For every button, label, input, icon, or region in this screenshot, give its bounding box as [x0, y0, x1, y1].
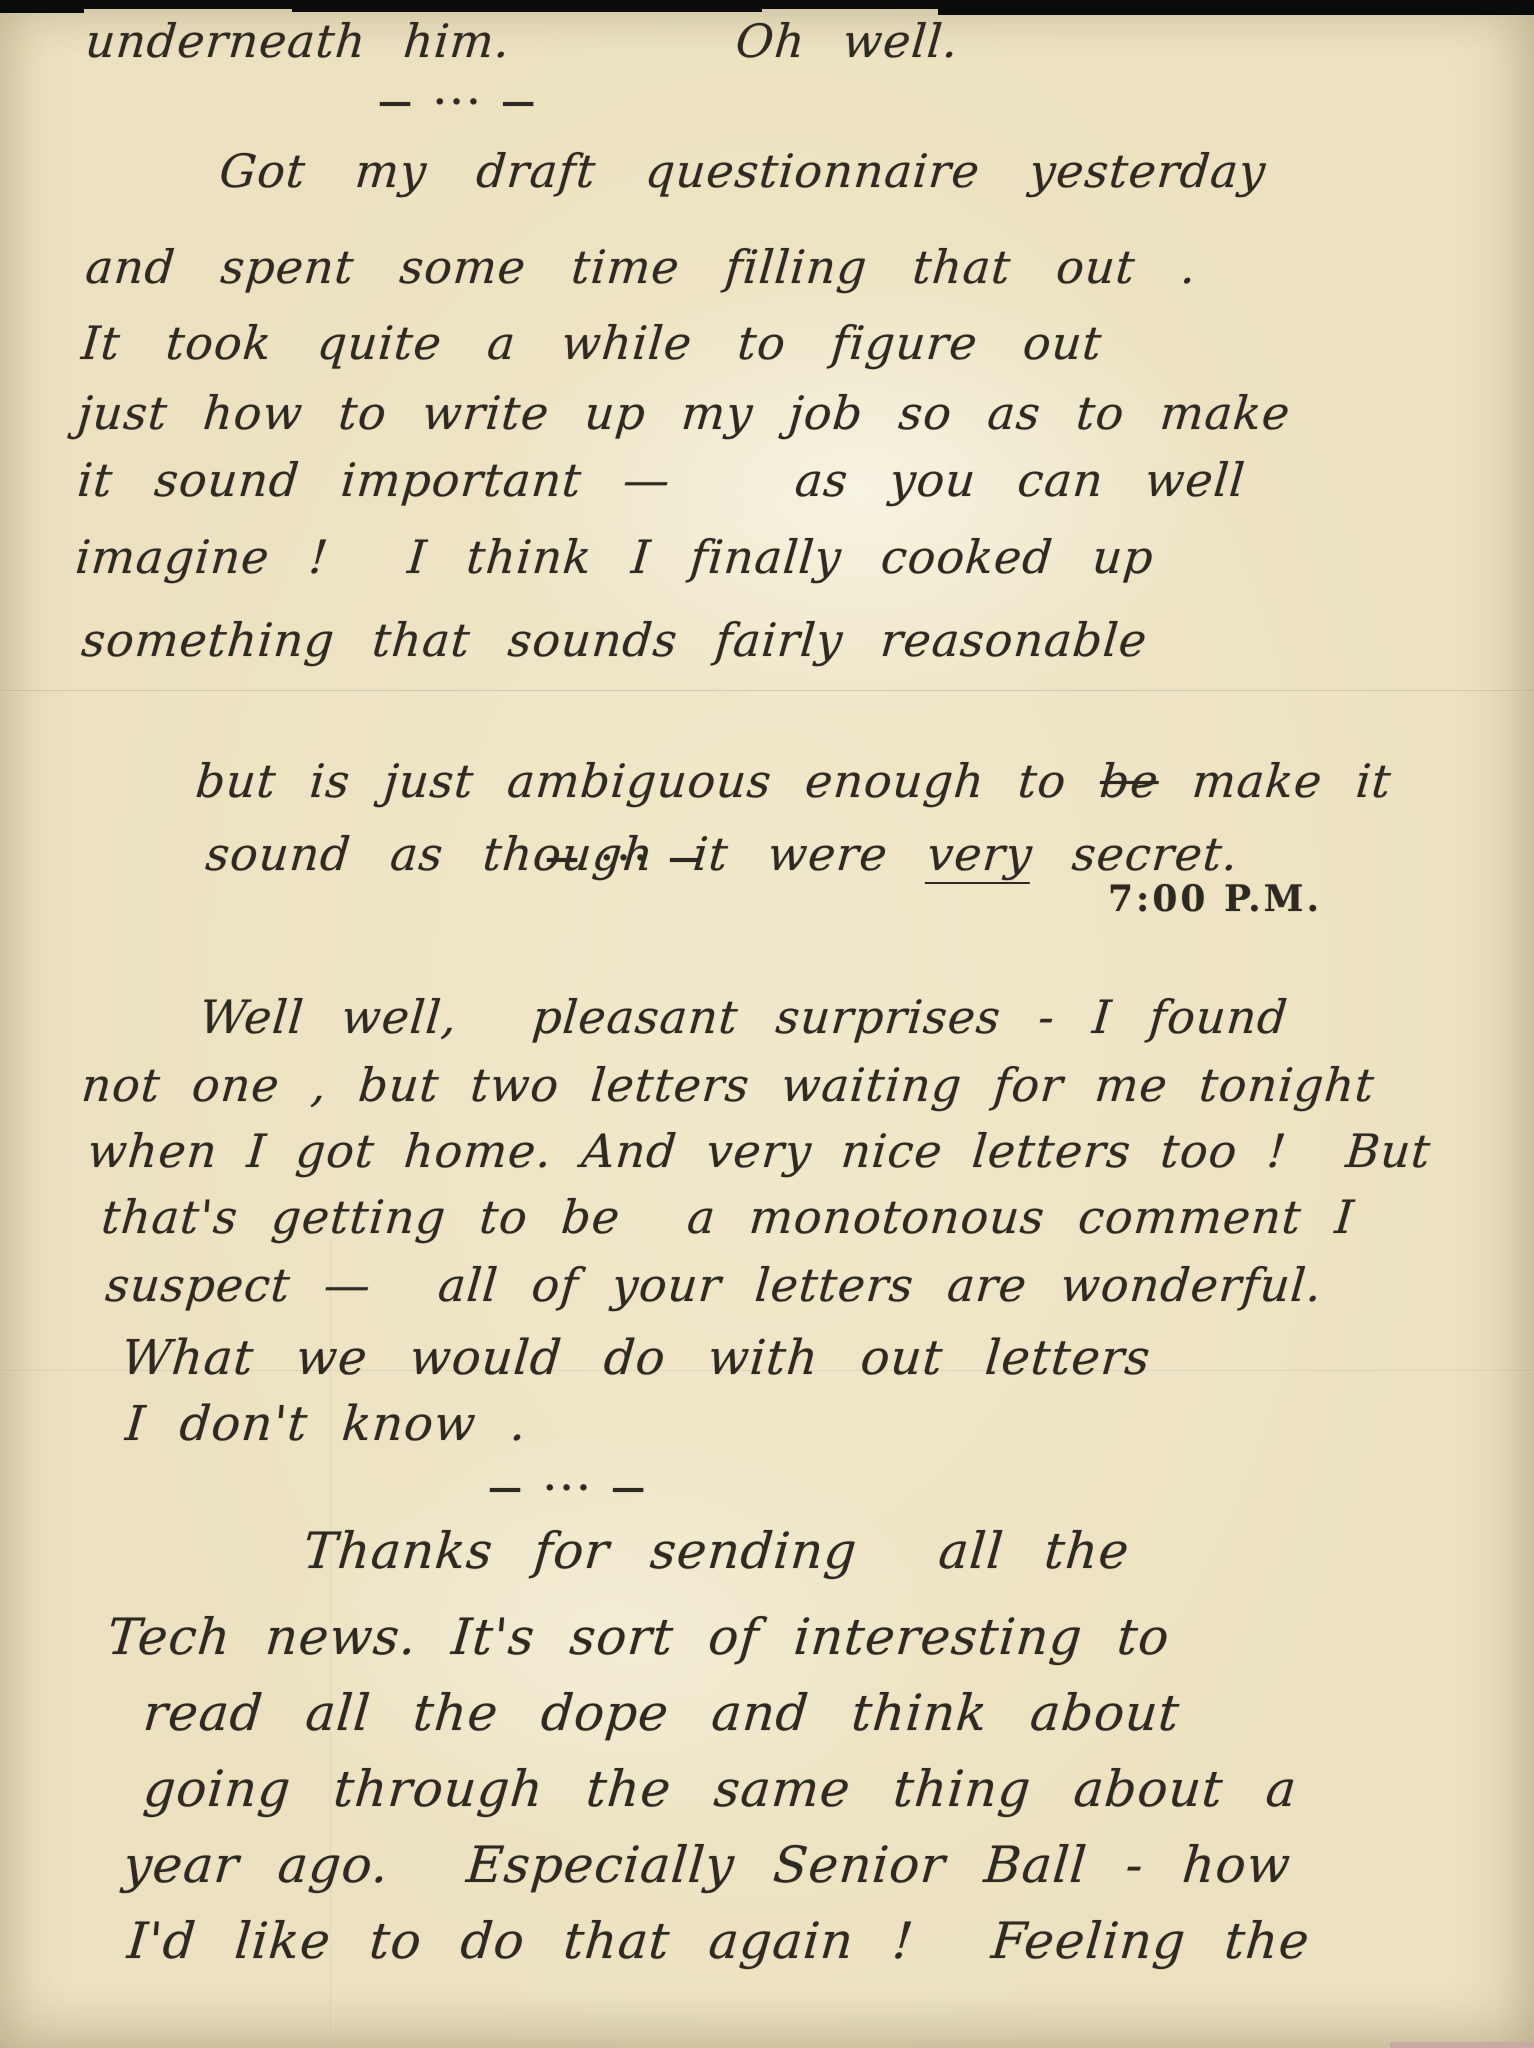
letter-line: Tech news. It's sort of interesting to — [105, 1610, 1172, 1665]
letter-line: that's getting to be a monotonous commen… — [100, 1192, 1357, 1243]
letter-line: and spent some time filling that out . — [84, 242, 1199, 293]
letter-line: Got my draft questionnaire yesterday — [218, 146, 1269, 197]
section-divider: — ··· — — [378, 82, 540, 122]
scan-edge-top-segment — [292, 0, 762, 12]
letter-line: just how to write up my job so as to mak… — [76, 388, 1293, 439]
scan-edge-top-segment — [0, 0, 84, 13]
letter-line: suspect — all of your letters are wonder… — [104, 1260, 1325, 1311]
letter-line: Thanks for sending all the — [301, 1524, 1132, 1579]
letter-line: not one , but two letters waiting for me… — [80, 1060, 1377, 1111]
letter-text: secret. — [1030, 827, 1240, 881]
section-divider: — ··· — — [545, 838, 707, 878]
letter-line: I'd like to do that again ! Feeling the — [125, 1914, 1312, 1969]
letter-line: going through the same thing about a — [141, 1762, 1299, 1817]
scan-artifact — [1390, 2042, 1534, 2048]
letter-line: What we would do with out letters — [119, 1332, 1152, 1385]
fold-crease — [0, 690, 1534, 692]
letter-line: underneath him. Oh well. — [84, 16, 961, 67]
letter-line: I don't know . — [123, 1398, 529, 1451]
letter-line: it sound important — as you can well — [76, 455, 1248, 506]
section-divider: — ··· — — [488, 1468, 650, 1508]
underlined-word: very — [925, 827, 1035, 884]
scan-edge-top-segment — [938, 0, 1534, 15]
letter-line: year ago. Especially Senior Ball - how — [121, 1838, 1293, 1893]
letter-line: imagine ! I think I finally cooked up — [74, 532, 1156, 583]
letter-line: It took quite a while to figure out — [80, 318, 1105, 369]
letter-paper: underneath him. Oh well. — ··· — Got my … — [0, 0, 1534, 2048]
letter-line: when I got home. And very nice letters t… — [86, 1126, 1434, 1177]
letter-line: Well well, pleasant surprises - I found — [198, 992, 1290, 1043]
letter-line: something that sounds fairly reasonable — [80, 615, 1150, 666]
time-note: 7:00 P.M. — [1108, 878, 1322, 920]
letter-line: read all the dope and think about — [141, 1686, 1182, 1741]
